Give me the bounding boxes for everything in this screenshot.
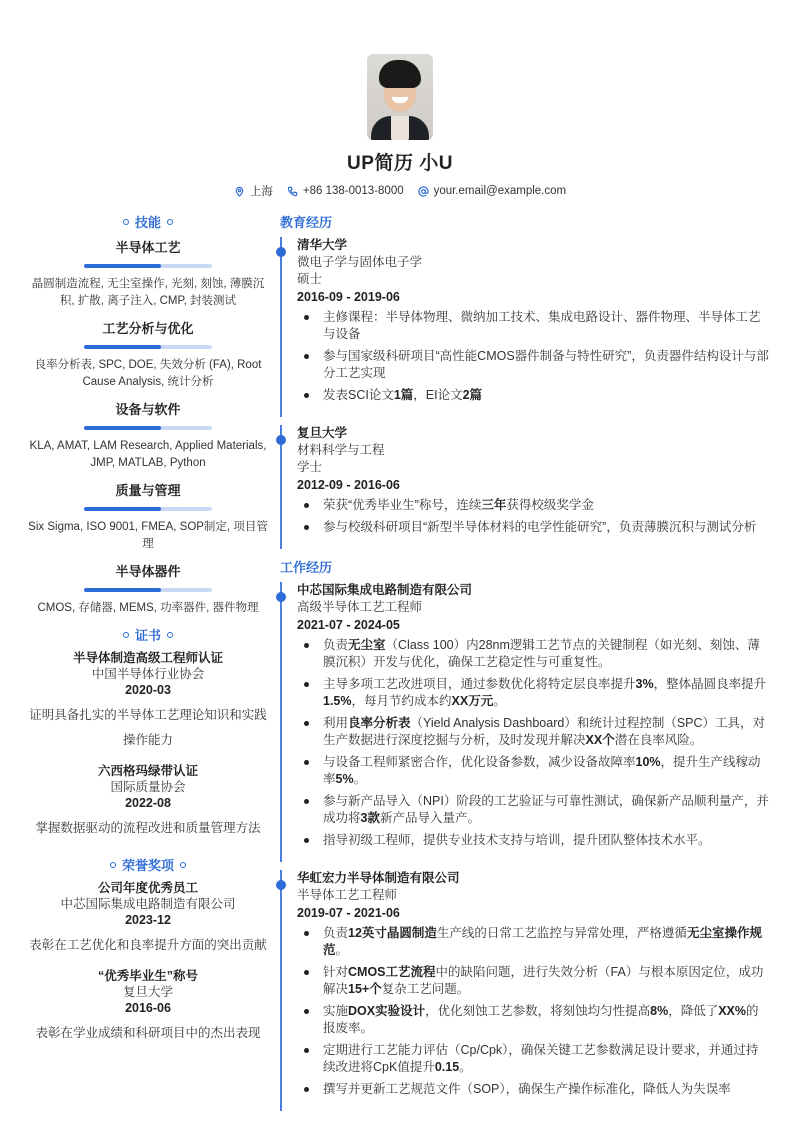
skills-section-title: 技能 [26,212,270,231]
skill-item: 质量与管理Six Sigma, ISO 9001, FMEA, SOP制定, 项… [26,480,270,553]
major: 材料科学与工程 [297,442,770,459]
highlight-text: 2篇 [463,388,482,402]
bullet-item: 实施DOX实验设计，优化刻蚀工艺参数，将刻蚀均匀性提高8%，降低了XX%的报废率… [297,1003,770,1037]
email-text[interactable]: your.email@example.com [434,185,566,197]
highlight-text: 8% [650,1004,668,1018]
highlight-text: 10% [636,755,661,769]
honors-date: 2023-12 [26,912,270,929]
timeline-dot-icon [276,435,286,445]
avatar [367,54,433,140]
highlight-text: 15+个 [348,982,382,996]
degree: 硕士 [297,271,770,288]
honors-section-title: 荣誉奖项 [26,855,270,874]
timeline-dot-icon [276,592,286,602]
contact-email[interactable]: your.email@example.com [418,183,566,199]
bullet-item: 负责12英寸晶圆制造生产线的日常工艺监控与异常处理，严格遵循无尘室操作规范。 [297,925,770,959]
highlight-text: 无尘室 [348,638,386,652]
certificates-date: 2022-08 [26,795,270,812]
location-pin-icon [234,186,245,197]
certificates-section-title: 证书 [26,625,270,644]
highlight-text: 3% [636,677,654,691]
candidate-name: UP简历 小U [0,148,800,175]
timeline-dot-icon [276,247,286,257]
major: 微电子学与固体电子学 [297,254,770,271]
certificates-description: 掌握数据驱动的流程改进和质量管理方法 [26,816,270,841]
skill-level-fill [84,264,161,268]
highlight-text: 0.15 [435,1060,459,1074]
education-entry: 复旦大学材料科学与工程学士2012-09 - 2016-06荣获“优秀毕业生”称… [280,425,770,549]
bullet-item: 指导初级工程师，提供专业技术支持与培训，提升团队整体技术水平。 [297,832,770,849]
job-role: 高级半导体工艺工程师 [297,599,770,616]
job-role: 半导体工艺工程师 [297,887,770,904]
resume-header: UP简历 小U 上海 +86 138-0013-8000 your.email@… [0,54,800,199]
left-column: 技能 半导体工艺晶圆制造流程, 无尘室操作, 光刻, 刻蚀, 薄膜沉积, 扩散,… [26,212,270,1056]
honors-item: 公司年度优秀员工中芯国际集成电路制造有限公司2023-12表彰在工艺优化和良率提… [26,880,270,958]
skill-name: 质量与管理 [26,480,270,499]
contact-location: 上海 [234,183,273,199]
certificates-description: 证明具备扎实的半导体工艺理论知识和实践操作能力 [26,703,270,753]
skill-level-fill [84,588,161,592]
certificates-org: 中国半导体行业协会 [26,666,270,682]
skill-description: Six Sigma, ISO 9001, FMEA, SOP制定, 项目管理 [26,519,270,553]
honors-description: 表彰在工艺优化和良率提升方面的突出贡献 [26,933,270,958]
certificates-org: 国际质量协会 [26,779,270,795]
skills-list: 半导体工艺晶圆制造流程, 无尘室操作, 光刻, 刻蚀, 薄膜沉积, 扩散, 离子… [26,237,270,617]
certificates-list: 半导体制造高级工程师认证中国半导体行业协会2020-03证明具备扎实的半导体工艺… [26,650,270,841]
work-entry: 中芯国际集成电路制造有限公司高级半导体工艺工程师2021-07 - 2024-0… [280,582,770,862]
education-list: 清华大学微电子学与固体电子学硕士2016-09 - 2019-06主修课程：半导… [280,237,770,549]
bullet-item: 参与国家级科研项目“高性能CMOS器件制备与特性研究”，负责器件结构设计与部分工… [297,348,770,382]
company-name: 华虹宏力半导体制造有限公司 [297,870,770,887]
skill-item: 半导体器件CMOS, 存储器, MEMS, 功率器件, 器件物理 [26,561,270,617]
ring-icon [180,862,186,868]
date-range: 2016-09 - 2019-06 [297,288,770,306]
at-sign-icon [418,186,429,197]
skill-level-bar [84,345,212,349]
bullet-item: 利用良率分析表（Yield Analysis Dashboard）和统计过程控制… [297,715,770,749]
bullet-item: 参与校级科研项目“新型半导体材料的电学性能研究”，负责薄膜沉积与测试分析 [297,519,770,536]
certificates-date: 2020-03 [26,682,270,699]
degree: 学士 [297,459,770,476]
ring-icon [110,862,116,868]
highlight-text: 1.5% [323,694,352,708]
honors-name: 公司年度优秀员工 [26,880,270,896]
bullet-item: 主导多项工艺改进项目，通过参数优化将特定层良率提升3%，整体晶圆良率提升1.5%… [297,676,770,710]
skill-level-bar [84,264,212,268]
highlight-text: XX% [718,1004,746,1018]
date-range: 2012-09 - 2016-06 [297,476,770,494]
skill-name: 半导体器件 [26,561,270,580]
timeline-dot-icon [276,880,286,890]
honors-org: 中芯国际集成电路制造有限公司 [26,896,270,912]
location-text: 上海 [250,183,273,199]
highlight-text: 3款 [361,811,380,825]
honors-name: “优秀毕业生”称号 [26,968,270,984]
honors-list: 公司年度优秀员工中芯国际集成电路制造有限公司2023-12表彰在工艺优化和良率提… [26,880,270,1046]
education-entry: 清华大学微电子学与固体电子学硕士2016-09 - 2019-06主修课程：半导… [280,237,770,417]
highlight-text: CMOS工艺流程 [348,965,436,979]
highlight-text: XX个 [586,733,615,747]
skill-item: 工艺分析与优化良率分析表, SPC, DOE, 失效分析 (FA), Root … [26,318,270,391]
phone-icon [287,186,298,197]
highlight-text: DOX实验设计 [348,1004,425,1018]
highlight-text: 良率分析表 [348,716,411,730]
right-column: 教育经历 清华大学微电子学与固体电子学硕士2016-09 - 2019-06主修… [280,212,770,1119]
highlight-text: 三年 [481,498,506,512]
skill-name: 设备与软件 [26,399,270,418]
skill-level-fill [84,426,161,430]
skill-description: CMOS, 存储器, MEMS, 功率器件, 器件物理 [26,600,270,617]
ring-icon [123,632,129,638]
work-entry: 华虹宏力半导体制造有限公司半导体工艺工程师2019-07 - 2021-06负责… [280,870,770,1111]
work-list: 中芯国际集成电路制造有限公司高级半导体工艺工程师2021-07 - 2024-0… [280,582,770,1111]
skill-level-fill [84,345,161,349]
honors-org: 复旦大学 [26,984,270,1000]
bullet-item: 主修课程：半导体物理、微纳加工技术、集成电路设计、器件物理、半导体工艺与设备 [297,309,770,343]
bullet-item: 发表SCI论文1篇，EI论文2篇 [297,387,770,404]
honors-item: “优秀毕业生”称号复旦大学2016-06表彰在学业成绩和科研项目中的杰出表现 [26,968,270,1046]
school-name: 清华大学 [297,237,770,254]
school-name: 复旦大学 [297,425,770,442]
certificates-item: 六西格玛绿带认证国际质量协会2022-08掌握数据驱动的流程改进和质量管理方法 [26,763,270,841]
skill-name: 工艺分析与优化 [26,318,270,337]
contact-phone: +86 138-0013-8000 [287,183,404,199]
work-section-title: 工作经历 [280,557,770,576]
skill-item: 设备与软件KLA, AMAT, LAM Research, Applied Ma… [26,399,270,472]
highlight-text: 5% [336,772,354,786]
honors-description: 表彰在学业成绩和科研项目中的杰出表现 [26,1021,270,1046]
certificates-name: 六西格玛绿带认证 [26,763,270,779]
contact-row: 上海 +86 138-0013-8000 your.email@example.… [0,183,800,199]
ring-icon [167,219,173,225]
skill-level-fill [84,507,161,511]
bullet-item: 针对CMOS工艺流程中的缺陷问题，进行失效分析（FA）与根本原因定位，成功解决1… [297,964,770,998]
highlight-text: 1篇 [394,388,413,402]
education-section-title: 教育经历 [280,212,770,231]
skill-level-bar [84,426,212,430]
resume-page: UP简历 小U 上海 +86 138-0013-8000 your.email@… [0,0,800,1130]
skill-name: 半导体工艺 [26,237,270,256]
date-range: 2021-07 - 2024-05 [297,616,770,634]
bullet-item: 负责无尘室（Class 100）内28nm逻辑工艺节点的关键制程（如光刻、刻蚀、… [297,637,770,671]
bullet-item: 与设备工程师紧密合作，优化设备参数，减少设备故障率10%，提升生产线稼动率5%。 [297,754,770,788]
skill-description: 晶圆制造流程, 无尘室操作, 光刻, 刻蚀, 薄膜沉积, 扩散, 离子注入, C… [26,276,270,310]
bullet-item: 参与新产品导入（NPI）阶段的工艺验证与可靠性测试，确保新产品顺利量产，并成功将… [297,793,770,827]
bullet-item: 定期进行工艺能力评估（Cp/Cpk），确保关键工艺参数满足设计要求，并通过持续改… [297,1042,770,1076]
bullet-item: 撰写并更新工艺规范文件（SOP），确保生产操作标准化，降低人为失误率 [297,1081,770,1098]
phone-text: +86 138-0013-8000 [303,185,404,197]
honors-date: 2016-06 [26,1000,270,1017]
bullet-list: 荣获“优秀毕业生”称号，连续三年获得校级奖学金参与校级科研项目“新型半导体材料的… [297,497,770,536]
skill-description: KLA, AMAT, LAM Research, Applied Materia… [26,438,270,472]
company-name: 中芯国际集成电路制造有限公司 [297,582,770,599]
bullet-list: 负责12英寸晶圆制造生产线的日常工艺监控与异常处理，严格遵循无尘室操作规范。针对… [297,925,770,1098]
skill-level-bar [84,507,212,511]
bullet-list: 负责无尘室（Class 100）内28nm逻辑工艺节点的关键制程（如光刻、刻蚀、… [297,637,770,849]
ring-icon [123,219,129,225]
date-range: 2019-07 - 2021-06 [297,904,770,922]
skill-description: 良率分析表, SPC, DOE, 失效分析 (FA), Root Cause A… [26,357,270,391]
highlight-text: 12英寸晶圆制造 [348,926,437,940]
bullet-list: 主修课程：半导体物理、微纳加工技术、集成电路设计、器件物理、半导体工艺与设备参与… [297,309,770,404]
certificates-name: 半导体制造高级工程师认证 [26,650,270,666]
ring-icon [167,632,173,638]
skill-level-bar [84,588,212,592]
highlight-text: XX万元 [452,694,494,708]
certificates-item: 半导体制造高级工程师认证中国半导体行业协会2020-03证明具备扎实的半导体工艺… [26,650,270,753]
bullet-item: 荣获“优秀毕业生”称号，连续三年获得校级奖学金 [297,497,770,514]
skill-item: 半导体工艺晶圆制造流程, 无尘室操作, 光刻, 刻蚀, 薄膜沉积, 扩散, 离子… [26,237,270,310]
